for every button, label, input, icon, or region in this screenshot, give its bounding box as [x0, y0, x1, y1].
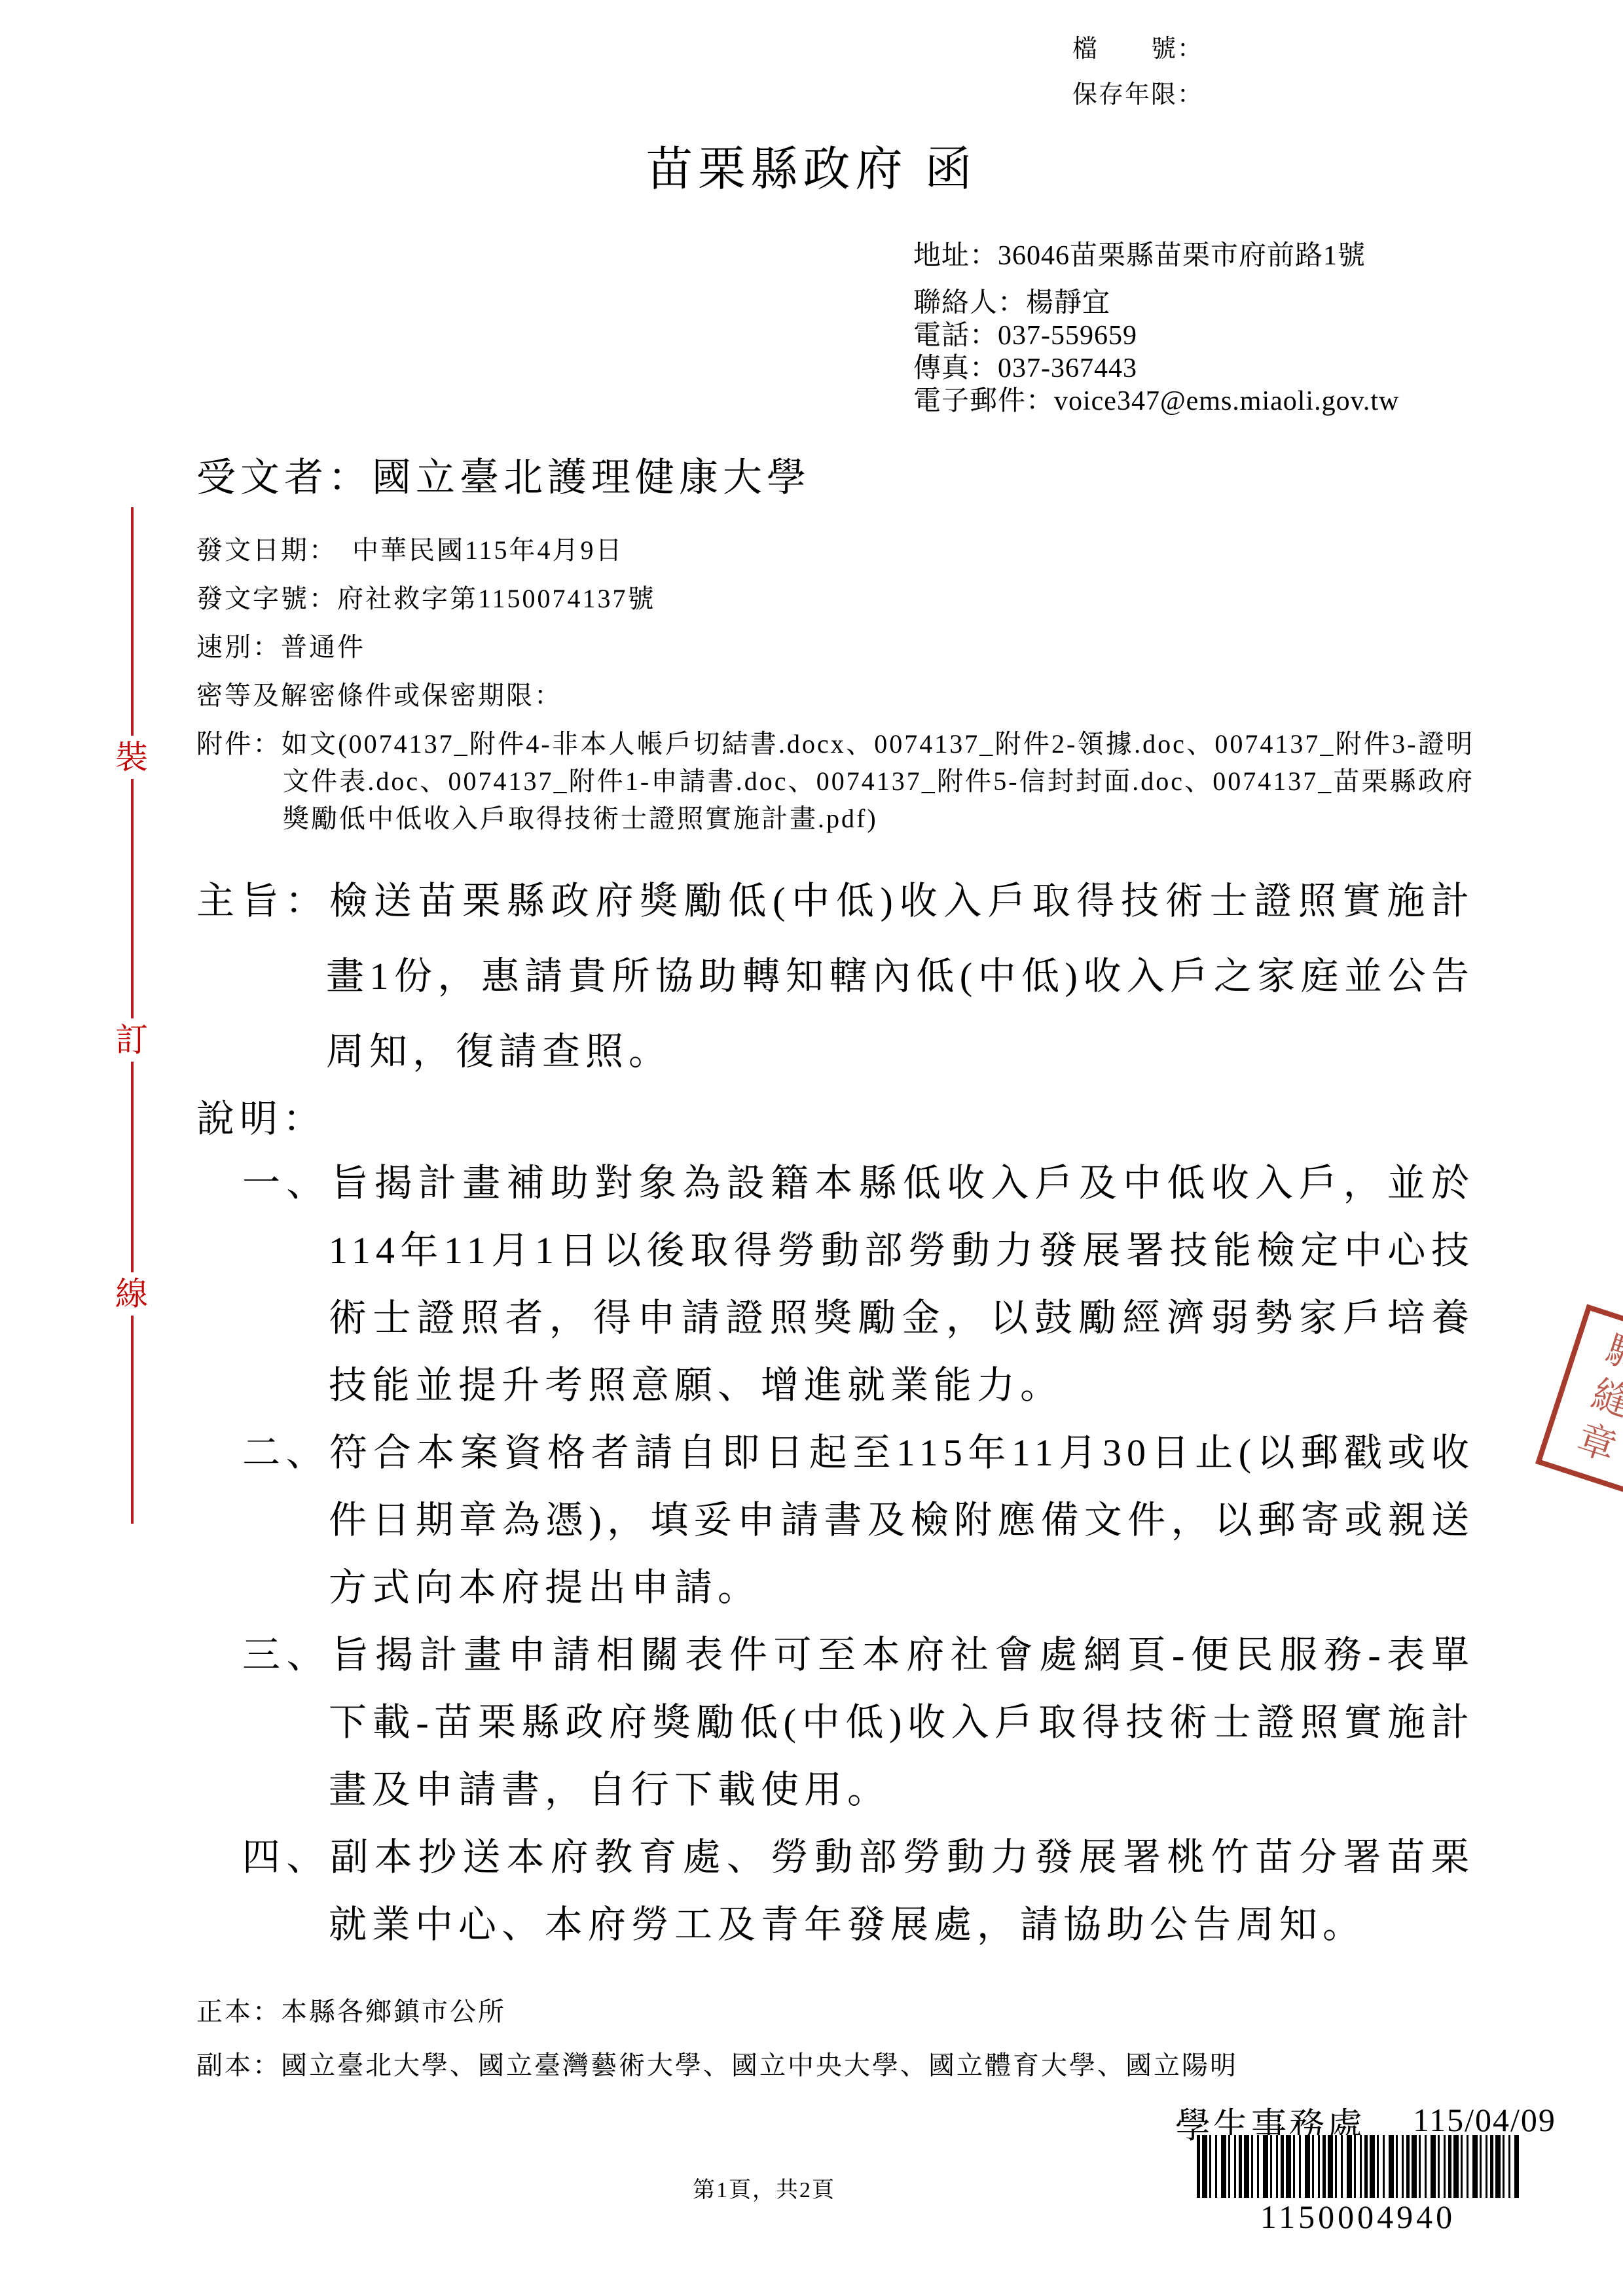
distribution-original: 正本：本縣各鄉鎮市公所 — [196, 1992, 1474, 2032]
sender-contact-person: 聯絡人：楊靜宜 — [913, 287, 1399, 319]
binding-char-ding: 訂 — [113, 1018, 151, 1062]
subject-paragraph: 主旨：檢送苗栗縣政府獎勵低(中低)收入戶取得技術士證照實施計畫1份，惠請貴所協助… — [196, 863, 1474, 1089]
letter-body: 受文者：國立臺北護理健康大學 發文日期： 中華民國115年4月9日 發文字號：府… — [196, 452, 1474, 2085]
retention-period-label: 保存年限： — [1072, 72, 1203, 118]
sender-address: 地址：36046苗栗縣苗栗市府前路1號 — [913, 240, 1399, 272]
sender-email: 電子郵件：voice347@ems.miaoli.gov.tw — [913, 385, 1399, 418]
meta-attachment: 附件：如文(0074137_附件4-非本人帳戶切結書.docx、0074137_… — [196, 725, 1474, 837]
description-item-2: 二、符合本案資格者請自即日起至115年11月30日止(以郵戳或收件日期章為憑)，… — [242, 1419, 1474, 1621]
sender-contact-block: 地址：36046苗栗縣苗栗市府前路1號 聯絡人：楊靜宜 電話：037-55965… — [913, 240, 1399, 418]
file-info-block: 檔 號： 保存年限： — [1072, 26, 1203, 118]
meta-security: 密等及解密條件或保密期限： — [196, 677, 1474, 714]
meta-speed: 速別：普通件 — [196, 628, 1474, 666]
meta-block: 發文日期： 中華民國115年4月9日 發文字號：府社救字第1150074137號… — [196, 531, 1474, 837]
document-title: 苗栗縣政府 函 — [0, 131, 1623, 199]
official-letter-page: 檔 號： 保存年限： 苗栗縣政府 函 地址：36046苗栗縣苗栗市府前路1號 聯… — [0, 0, 1623, 2296]
binding-char-zhuang: 裝 — [113, 736, 151, 779]
meta-doc-number: 發文字號：府社救字第1150074137號 — [196, 580, 1474, 617]
sender-fax: 傳真：037-367443 — [913, 352, 1399, 385]
binding-char-xian: 線 — [113, 1272, 151, 1316]
distribution-block: 正本：本縣各鄉鎮市公所 副本：國立臺北大學、國立臺灣藝術大學、國立中央大學、國立… — [196, 1992, 1474, 2085]
file-number-label: 檔 號： — [1072, 26, 1203, 72]
barcode — [1197, 2135, 1519, 2198]
description-item-1: 一、旨揭計畫補助對象為設籍本縣低收入戶及中低收入戶，並於114年11月1日以後取… — [242, 1149, 1474, 1419]
description-item-4: 四、副本抄送本府教育處、勞動部勞動力發展署桃竹苗分署苗栗就業中心、本府勞工及青年… — [242, 1823, 1474, 1958]
barcode-number: 1150004940 — [1197, 2198, 1519, 2236]
received-date: 115/04/09 — [1413, 2101, 1556, 2139]
description-item-3: 三、旨揭計畫申請相關表件可至本府社會處網頁-便民服務-表單下載-苗栗縣政府獎勵低… — [242, 1621, 1474, 1823]
meta-issue-date: 發文日期： 中華民國115年4月9日 — [196, 531, 1474, 569]
description-label: 說明： — [196, 1089, 1474, 1149]
page-seam-stamp-text: 騎縫章 — [1565, 1326, 1623, 1473]
binding-line — [131, 507, 134, 1524]
page-footer: 第1頁，共2頁 — [693, 2172, 835, 2204]
sender-phone: 電話：037-559659 — [913, 319, 1399, 352]
recipient-line: 受文者：國立臺北護理健康大學 — [196, 452, 1474, 504]
page-seam-stamp: 騎縫章 — [1535, 1304, 1623, 1528]
description-list: 一、旨揭計畫補助對象為設籍本縣低收入戶及中低收入戶，並於114年11月1日以後取… — [196, 1149, 1474, 1958]
distribution-copy: 副本：國立臺北大學、國立臺灣藝術大學、國立中央大學、國立體育大學、國立陽明 — [196, 2046, 1474, 2085]
